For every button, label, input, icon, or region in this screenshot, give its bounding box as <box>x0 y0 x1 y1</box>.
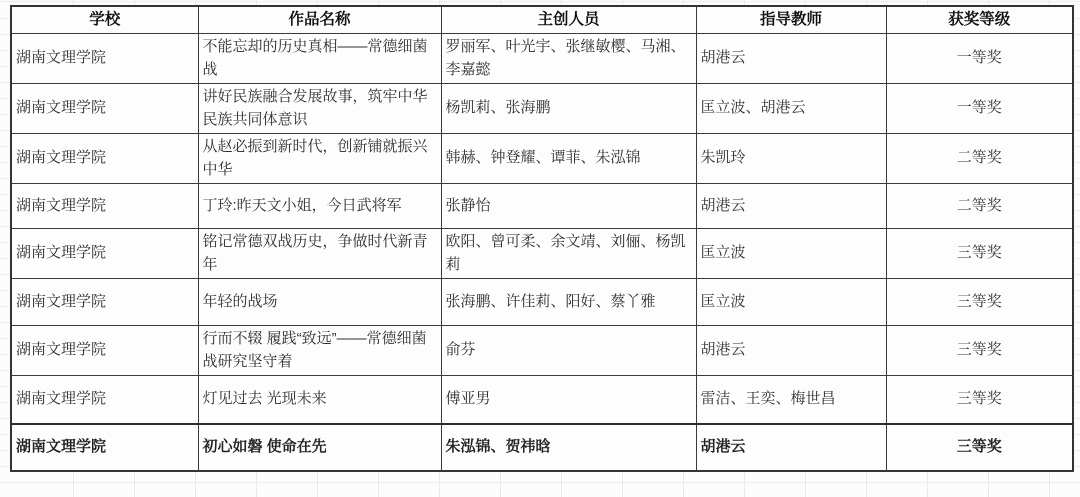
cell-advisors[interactable]: 匡立波 <box>696 229 886 279</box>
cell-creators[interactable]: 张静怡 <box>441 184 696 229</box>
cell-advisors[interactable]: 朱凯玲 <box>696 134 886 184</box>
cell-advisors[interactable]: 匡立波 <box>696 279 886 326</box>
table-row: 湖南文理学院 灯见过去 光现未来 傅亚男 雷洁、王奕、梅世昌 三等奖 <box>11 376 1073 424</box>
cell-work[interactable]: 初心如磐 使命在先 <box>198 424 441 471</box>
cell-school[interactable]: 湖南文理学院 <box>11 84 198 134</box>
cell-award[interactable]: 三等奖 <box>886 326 1073 376</box>
cell-work[interactable]: 年轻的战场 <box>198 279 441 326</box>
column-header-award[interactable]: 获奖等级 <box>886 6 1073 34</box>
cell-school[interactable]: 湖南文理学院 <box>11 376 198 424</box>
table-row: 湖南文理学院 年轻的战场 张海鹏、许佳莉、阳好、蔡丫雅 匡立波 三等奖 <box>11 279 1073 326</box>
awards-table: 学校 作品名称 主创人员 指导教师 获奖等级 湖南文理学院 不能忘却的历史真相—… <box>10 5 1074 472</box>
cell-creators[interactable]: 杨凯莉、张海鹏 <box>441 84 696 134</box>
column-header-work[interactable]: 作品名称 <box>198 6 441 34</box>
cell-advisors[interactable]: 胡港云 <box>696 424 886 471</box>
cell-school[interactable]: 湖南文理学院 <box>11 229 198 279</box>
cell-advisors[interactable]: 胡港云 <box>696 34 886 84</box>
table-row: 湖南文理学院 丁玲:昨天文小姐，今日武将军 张静怡 胡港云 二等奖 <box>11 184 1073 229</box>
cell-advisors[interactable]: 胡港云 <box>696 184 886 229</box>
cell-creators[interactable]: 张海鹏、许佳莉、阳好、蔡丫雅 <box>441 279 696 326</box>
cell-work[interactable]: 讲好民族融合发展故事，筑牢中华民族共同体意识 <box>198 84 441 134</box>
cell-creators[interactable]: 傅亚男 <box>441 376 696 424</box>
table-row: 湖南文理学院 讲好民族融合发展故事，筑牢中华民族共同体意识 杨凯莉、张海鹏 匡立… <box>11 84 1073 134</box>
cell-school[interactable]: 湖南文理学院 <box>11 134 198 184</box>
cell-award[interactable]: 三等奖 <box>886 376 1073 424</box>
table-row: 湖南文理学院 初心如磐 使命在先 朱泓锦、贺祎晗 胡港云 三等奖 <box>11 424 1073 471</box>
cell-award[interactable]: 一等奖 <box>886 34 1073 84</box>
cell-advisors[interactable]: 胡港云 <box>696 326 886 376</box>
cell-school[interactable]: 湖南文理学院 <box>11 184 198 229</box>
column-header-advisors[interactable]: 指导教师 <box>696 6 886 34</box>
cell-advisors[interactable]: 匡立波、胡港云 <box>696 84 886 134</box>
cell-award[interactable]: 三等奖 <box>886 229 1073 279</box>
column-header-creators[interactable]: 主创人员 <box>441 6 696 34</box>
cell-school[interactable]: 湖南文理学院 <box>11 424 198 471</box>
cell-work[interactable]: 行而不辍 履践“致远”——常德细菌战研究坚守着 <box>198 326 441 376</box>
cell-award[interactable]: 一等奖 <box>886 84 1073 134</box>
cell-creators[interactable]: 罗丽军、叶光宇、张继敏樱、马湘、李嘉懿 <box>441 34 696 84</box>
table-row: 湖南文理学院 不能忘却的历史真相——常德细菌战 罗丽军、叶光宇、张继敏樱、马湘、… <box>11 34 1073 84</box>
table-row: 湖南文理学院 从赵必振到新时代，创新铺就振兴中华 韩赫、钟登耀、谭菲、朱泓锦 朱… <box>11 134 1073 184</box>
table-row: 湖南文理学院 行而不辍 履践“致远”——常德细菌战研究坚守着 俞芬 胡港云 三等… <box>11 326 1073 376</box>
cell-award[interactable]: 三等奖 <box>886 424 1073 471</box>
cell-award[interactable]: 二等奖 <box>886 184 1073 229</box>
cell-school[interactable]: 湖南文理学院 <box>11 326 198 376</box>
cell-work[interactable]: 从赵必振到新时代，创新铺就振兴中华 <box>198 134 441 184</box>
cell-work[interactable]: 不能忘却的历史真相——常德细菌战 <box>198 34 441 84</box>
table-row: 湖南文理学院 铭记常德双战历史，争做时代新青年 欧阳、曾可柔、余文靖、刘俪、杨凯… <box>11 229 1073 279</box>
cell-school[interactable]: 湖南文理学院 <box>11 34 198 84</box>
cell-creators[interactable]: 朱泓锦、贺祎晗 <box>441 424 696 471</box>
cell-school[interactable]: 湖南文理学院 <box>11 279 198 326</box>
header-row: 学校 作品名称 主创人员 指导教师 获奖等级 <box>11 6 1073 34</box>
cell-creators[interactable]: 俞芬 <box>441 326 696 376</box>
cell-advisors[interactable]: 雷洁、王奕、梅世昌 <box>696 376 886 424</box>
column-header-school[interactable]: 学校 <box>11 6 198 34</box>
cell-creators[interactable]: 韩赫、钟登耀、谭菲、朱泓锦 <box>441 134 696 184</box>
cell-award[interactable]: 二等奖 <box>886 134 1073 184</box>
cell-work[interactable]: 铭记常德双战历史，争做时代新青年 <box>198 229 441 279</box>
cell-work[interactable]: 灯见过去 光现未来 <box>198 376 441 424</box>
cell-creators[interactable]: 欧阳、曾可柔、余文靖、刘俪、杨凯莉 <box>441 229 696 279</box>
cell-award[interactable]: 三等奖 <box>886 279 1073 326</box>
cell-work[interactable]: 丁玲:昨天文小姐，今日武将军 <box>198 184 441 229</box>
